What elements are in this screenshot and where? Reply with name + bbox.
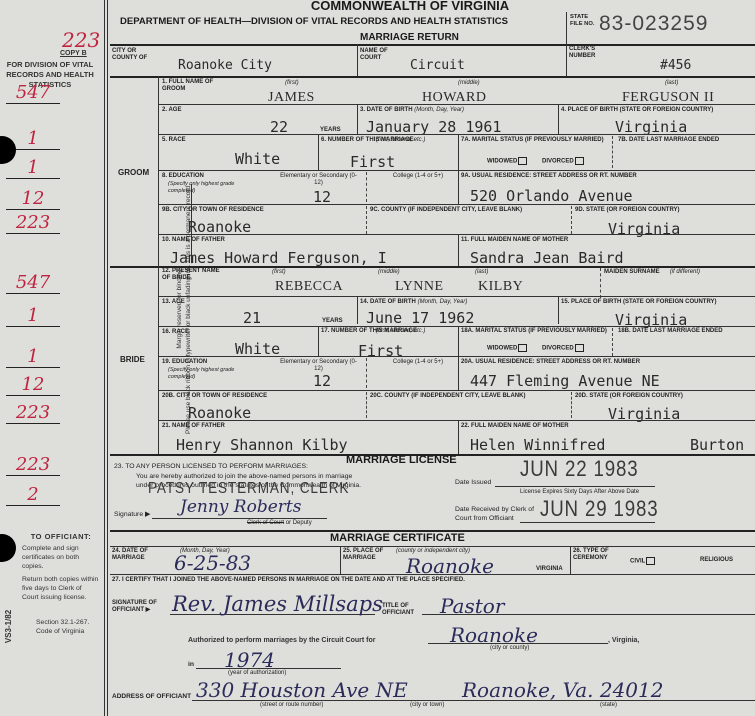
marriage-no-sub: (first, second, etc.) [376, 137, 425, 144]
state-file-number: 83-023259 [599, 12, 708, 36]
groom-state[interactable]: Virginia [608, 220, 680, 238]
rule [570, 546, 571, 574]
rule [357, 296, 358, 324]
bride-divorced-checkbox[interactable]: DIVORCED [542, 344, 584, 353]
bride-residence[interactable]: 447 Fleming Avenue NE [470, 372, 660, 390]
bride-mother-label: 22. FULL MAIDEN NAME OF MOTHER [461, 423, 569, 430]
maiden-surname-label: MAIDEN SURNAME (if different) [604, 269, 700, 276]
bride-tally-2: 1 [6, 305, 60, 327]
marriage-date-label: 24. DATE OF MARRIAGE [112, 548, 154, 562]
groom-education-label: 8. EDUCATION [162, 173, 204, 180]
groom-pob-label: 4. PLACE OF BIRTH (state or foreign coun… [561, 107, 713, 114]
clerk-number-label: CLERK'S NUMBER [569, 46, 609, 60]
city-county-label: CITY OR COUNTY OF [112, 48, 162, 62]
groom-name-label: 1. FULL NAME OF GROOM [162, 79, 222, 93]
binding-rule [104, 0, 108, 716]
bride-residence-label: 20a. USUAL RESIDENCE: STREET ADDRESS OR … [461, 359, 640, 366]
copy-number: 223 [62, 28, 100, 52]
rule [458, 134, 459, 170]
state-file-label: STATE FILE NO. [570, 14, 598, 28]
bride-county-label: 20c. COUNTY (if independent city, leave … [370, 393, 525, 400]
last-label: (last) [475, 269, 488, 276]
groom-tally-5: 223 [6, 212, 60, 234]
marriage-place-label: 25. PLACE OF MARRIAGE [343, 548, 385, 562]
groom-state-label: 9d. STATE (OR FOREIGN COUNTRY) [575, 207, 680, 214]
groom-tally-3: 1 [6, 157, 60, 179]
rule [158, 234, 755, 235]
groom-tally-4: 12 [6, 188, 60, 210]
groom-divorced-checkbox[interactable]: DIVORCED [542, 157, 584, 166]
groom-tally-1: 547 [6, 82, 60, 104]
court-label: NAME OF COURT [360, 48, 400, 62]
rule [366, 172, 367, 202]
groom-marital-status-label: 7a. MARITAL STATUS (if previously marrie… [461, 137, 611, 144]
officiant-note-2: Return both copies within five days to C… [22, 575, 100, 602]
state-caption: (state) [600, 701, 617, 710]
rule [110, 76, 755, 78]
date-issued-label: Date Issued [455, 478, 491, 487]
bride-age[interactable]: 21 [243, 309, 261, 327]
rule [571, 392, 572, 418]
rule [357, 44, 358, 76]
rule [458, 170, 459, 204]
state-file-box: STATE FILE NO. 83-023259 [566, 12, 755, 44]
first-label: (first) [272, 269, 286, 276]
bride-marriage-no[interactable]: First [358, 342, 403, 360]
officiant-address-city[interactable]: Roanoke, Va. 24012 [462, 678, 663, 702]
groom-residence[interactable]: 520 Orlando Avenue [470, 187, 633, 205]
officiant-signature[interactable]: Rev. James Millsaps [172, 592, 383, 616]
marriage-return-document: 223 COPY B FOR DIVISION OF VITAL RECORDS… [0, 0, 755, 716]
groom-section-label: GROOM [118, 168, 149, 177]
bride-pob-label: 15. PLACE OF BIRTH (state or foreign cou… [561, 299, 717, 306]
groom-widowed-checkbox[interactable]: WIDOWED [487, 157, 527, 166]
date-received-label-1: Date Received by Clerk of [455, 505, 534, 514]
city-caption: (city or town) [410, 701, 444, 710]
rule [366, 206, 367, 234]
street-caption: (street or route number) [260, 701, 323, 710]
middle-label: (middle) [378, 269, 400, 276]
rule [158, 104, 755, 105]
bride-tally-5: 223 [6, 402, 60, 424]
form-code: VS3-1/82 [4, 610, 13, 643]
date-issued-stamp: JUN 22 1983 [520, 456, 639, 482]
officiant-instructions: TO OFFICIANT: Complete and sign certific… [22, 532, 100, 606]
bride-father[interactable]: Henry Shannon Kilby [176, 436, 348, 454]
civil-checkbox[interactable]: CIVIL [630, 557, 655, 566]
rule [612, 136, 613, 168]
college-label: College (1-4 or 5+) [388, 359, 448, 366]
form-title: MARRIAGE RETURN [360, 32, 459, 43]
college-label: College (1-4 or 5+) [388, 173, 448, 180]
religious-checkbox[interactable]: RELIGIOUS [700, 557, 733, 564]
ceremony-type-label: 26. TYPE OF CEREMONY [573, 548, 618, 562]
certify-statement: 27. I CERTIFY THAT I JOINED THE ABOVE-NA… [112, 577, 465, 584]
officiant-note-1: Complete and sign certificates on both c… [22, 544, 100, 571]
officiant-address-label: ADDRESS OF OFFICIANT [112, 693, 191, 700]
elem-label: Elementary or Secondary (0-12) [276, 359, 361, 373]
authorized-text: Authorized to perform marriages by the C… [188, 636, 375, 645]
education-sub: (Specify only highest grade completed) [168, 181, 243, 195]
copy-label: COPY B [60, 50, 87, 57]
extra-tally-2: 2 [6, 484, 60, 506]
officiant-title[interactable]: Pastor [440, 594, 504, 618]
rule [571, 206, 572, 234]
rule [520, 522, 655, 523]
authorized-suffix: , Virginia, [608, 636, 639, 645]
license-title: MARRIAGE LICENSE [346, 454, 457, 466]
years-label: Years [320, 127, 341, 134]
extra-tally-1: 223 [6, 454, 60, 476]
date-received-stamp: JUN 29 1983 [540, 496, 659, 522]
bride-tally-3: 1 [6, 346, 60, 368]
rule [558, 296, 559, 324]
place-state: VIRGINIA [536, 566, 563, 573]
rule [458, 356, 459, 390]
years-label: Years [322, 318, 343, 325]
clerk-number-value[interactable]: #456 [660, 58, 691, 73]
rule [158, 134, 755, 135]
rule [600, 268, 601, 298]
rule [158, 420, 755, 421]
license-item-label: 23. TO ANY PERSON LICENSED TO PERFORM MA… [114, 462, 308, 471]
bride-tally-1: 547 [6, 272, 60, 294]
first-label: (first) [285, 80, 299, 87]
last-label: (last) [665, 80, 678, 87]
court-value[interactable]: Circuit [410, 58, 465, 73]
section-code: Section 32.1-267. Code of Virginia [36, 618, 96, 636]
bride-widowed-checkbox[interactable]: WIDOWED [487, 344, 527, 353]
marriage-date[interactable]: 6-25-83 [174, 551, 251, 575]
bride-last-marriage-label: 18b. DATE LAST MARRIAGE ENDED [618, 328, 723, 335]
signature-caption: Clerk of Court or Deputy [247, 519, 312, 528]
groom-county-label: 9c. COUNTY (if independent city, leave b… [370, 207, 522, 214]
bride-first-name[interactable]: REBECCA [275, 279, 343, 295]
groom-mother[interactable]: Sandra Jean Baird [470, 249, 624, 267]
bride-education-label: 19. EDUCATION [162, 359, 207, 366]
groom-race-label: 5. RACE [162, 137, 186, 144]
rule [158, 266, 159, 454]
bride-name-label: 12. PRESENT NAME OF BRIDE [162, 268, 222, 282]
bride-mother-first[interactable]: Helen Winnifred [470, 436, 605, 454]
rule [158, 296, 755, 297]
bride-section-label: BRIDE [120, 355, 145, 364]
groom-age-label: 2. AGE [162, 107, 181, 114]
rule [357, 104, 358, 134]
rule [340, 546, 341, 574]
rule [558, 104, 559, 134]
groom-race[interactable]: White [235, 150, 280, 168]
groom-mother-label: 11. FULL MAIDEN NAME OF MOTHER [461, 237, 568, 244]
rule [566, 44, 567, 76]
year-caption: (year of authorization) [228, 669, 286, 678]
rule [318, 134, 319, 170]
groom-last-marriage-label: 7b. DATE LAST MARRIAGE ENDED [618, 137, 719, 144]
bride-last-name[interactable]: KILBY [478, 279, 523, 295]
officiant-address-street[interactable]: 330 Houston Ave NE [196, 678, 408, 702]
rule [458, 420, 459, 454]
city-county-value[interactable]: Roanoke City [178, 58, 272, 73]
groom-father[interactable]: James Howard Ferguson, I [170, 249, 387, 267]
left-margin: 223 COPY B FOR DIVISION OF VITAL RECORDS… [0, 0, 100, 716]
rule [366, 392, 367, 418]
officiant-signature-label: SIGNATURE OF OFFICIANT ▶ [112, 600, 172, 614]
rule [158, 170, 755, 171]
signature-label: Signature ▶ [114, 510, 150, 519]
bride-education[interactable]: 12 [313, 372, 331, 390]
marriage-return-form: COMMONWEALTH OF VIRGINIA DEPARTMENT OF H… [110, 0, 755, 716]
rule [110, 574, 755, 575]
bride-marital-status-label: 18a. MARITAL STATUS (if previously marri… [461, 328, 611, 335]
bride-mother-last[interactable]: Burton [690, 436, 744, 454]
rule [110, 546, 755, 547]
bride-dob[interactable]: June 17 1962 [366, 309, 474, 327]
groom-marriage-no[interactable]: First [350, 153, 395, 171]
clerk-stamp: PATSY TESTERMAN, CLERK [148, 480, 349, 498]
groom-residence-label: 9a. USUAL RESIDENCE: STREET ADDRESS OR R… [461, 173, 637, 180]
middle-label: (middle) [458, 80, 480, 87]
groom-city-label: 9b. CITY OR TOWN OF RESIDENCE [162, 207, 264, 214]
clerk-signature[interactable]: Jenny Roberts [180, 497, 301, 517]
bride-state-label: 20d. STATE (OR FOREIGN COUNTRY) [575, 393, 683, 400]
rule [158, 326, 755, 327]
punch-hole-bottom [0, 534, 16, 562]
marriage-no-sub: (first, second, etc.) [376, 328, 425, 335]
bride-dob-label: 14. DATE OF BIRTH (Month, Day, Year) [360, 299, 467, 306]
bride-age-label: 13. AGE [162, 299, 185, 306]
bride-race-label: 16. RACE [162, 329, 189, 336]
bride-middle-name[interactable]: LYNNE [395, 279, 444, 295]
elem-label: Elementary or Secondary (0-12) [276, 173, 361, 187]
groom-father-label: 10. NAME OF FATHER [162, 237, 225, 244]
bride-tally-4: 12 [6, 374, 60, 396]
officiant-title-label: TITLE OF OFFICIANT [382, 603, 422, 617]
bride-city-label: 20b. CITY OR TOWN OF RESIDENCE [162, 393, 267, 400]
rule [458, 234, 459, 266]
bride-father-label: 21. NAME OF FATHER [162, 423, 225, 430]
rule [158, 204, 755, 205]
rule [110, 44, 755, 46]
city-county-caption: (city or county) [490, 644, 529, 653]
certificate-title: MARRIAGE CERTIFICATE [330, 532, 465, 544]
rule [318, 326, 319, 356]
groom-dob-label: 3. DATE OF BIRTH (Month, Day, Year) [360, 107, 464, 114]
rule [158, 356, 755, 357]
rule [158, 390, 755, 391]
rule [458, 326, 459, 356]
rule [366, 358, 367, 388]
rule [495, 486, 655, 487]
education-sub: (Specify only highest grade completed) [168, 367, 243, 381]
in-label: in [188, 660, 194, 669]
date-received-label-2: Court from Officiant [455, 514, 514, 523]
department-title: DEPARTMENT OF HEALTH—DIVISION OF VITAL R… [120, 16, 508, 27]
officiant-heading: TO OFFICIANT: [22, 532, 100, 541]
rule [612, 328, 613, 356]
